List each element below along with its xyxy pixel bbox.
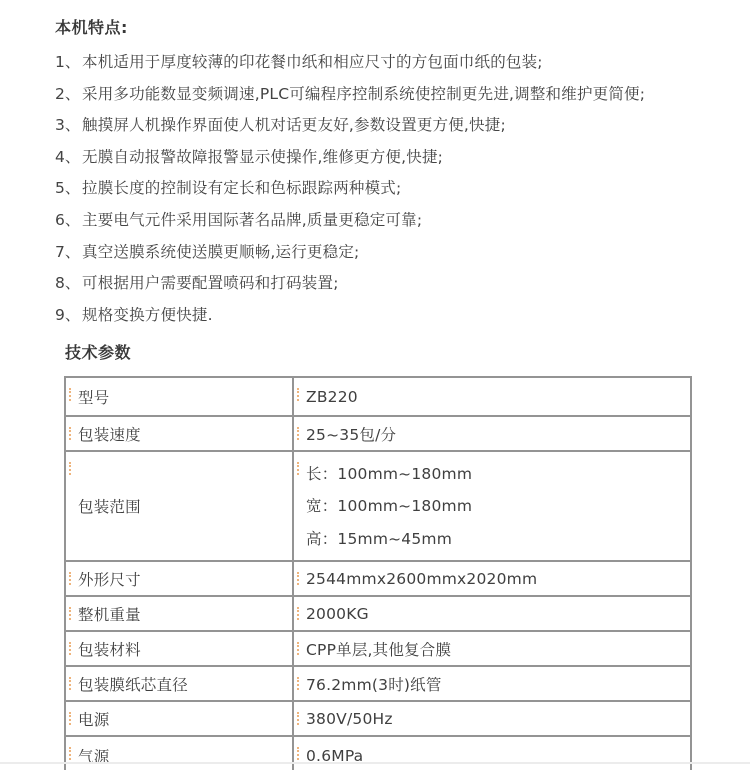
- feature-text: 触摸屏人机操作界面使人机对话更友好,参数设置更方便,快捷;: [82, 110, 736, 142]
- feature-number: 6、: [55, 205, 82, 237]
- range-line-width: 宽：100mm~180mm: [306, 490, 684, 523]
- specs-title: 技术参数: [65, 340, 750, 363]
- feature-text: 无膜自动报警故障报警显示使操作,维修更方便,快捷;: [82, 142, 736, 174]
- feature-item-5: 5、 拉膜长度的控制设有定长和色标跟踪两种模式;: [55, 173, 736, 205]
- row-value: 76.2mm(3时)纸管: [293, 666, 691, 701]
- feature-text: 规格变换方便快捷.: [82, 300, 736, 332]
- feature-number: 8、: [55, 268, 82, 300]
- feature-text: 主要电气元件采用国际著名品牌,质量更稳定可靠;: [82, 205, 736, 237]
- table-row-air: 气源 0.6MPa: [65, 736, 691, 770]
- specs-section: 技术参数 型号 ZB220 包装速度 25~35包/分 包装范围 长：100mm…: [0, 340, 750, 770]
- feature-item-4: 4、 无膜自动报警故障报警显示使操作,维修更方便,快捷;: [55, 142, 736, 174]
- range-line-length: 长：100mm~180mm: [306, 458, 684, 491]
- features-title: 本机特点:: [55, 15, 736, 38]
- table-row-speed: 包装速度 25~35包/分: [65, 416, 691, 451]
- feature-number: 5、: [55, 173, 82, 205]
- row-value: 2544mmx2600mmx2020mm: [293, 561, 691, 596]
- feature-number: 1、: [55, 47, 82, 79]
- row-label: 包装速度: [65, 416, 293, 451]
- row-label: 包装膜纸芯直径: [65, 666, 293, 701]
- feature-item-2: 2、 采用多功能数显变频调速,PLC可编程序控制系统使控制更先进,调整和维护更简…: [55, 79, 736, 111]
- row-value: ZB220: [293, 377, 691, 416]
- feature-text: 采用多功能数显变频调速,PLC可编程序控制系统使控制更先进,调整和维护更简便;: [82, 79, 736, 111]
- row-value: 380V/50Hz: [293, 701, 691, 736]
- row-label: 电源: [65, 701, 293, 736]
- feature-text: 真空送膜系统使送膜更顺畅,运行更稳定;: [82, 237, 736, 269]
- feature-item-6: 6、 主要电气元件采用国际著名品牌,质量更稳定可靠;: [55, 205, 736, 237]
- feature-number: 7、: [55, 237, 82, 269]
- feature-text: 拉膜长度的控制设有定长和色标跟踪两种模式;: [82, 173, 736, 205]
- feature-text: 可根据用户需要配置喷码和打码装置;: [82, 268, 736, 300]
- table-row-power: 电源 380V/50Hz: [65, 701, 691, 736]
- table-row-weight: 整机重量 2000KG: [65, 596, 691, 631]
- specs-table: 型号 ZB220 包装速度 25~35包/分 包装范围 长：100mm~180m…: [64, 376, 692, 770]
- feature-item-8: 8、 可根据用户需要配置喷码和打码装置;: [55, 268, 736, 300]
- table-row-dimensions: 外形尺寸 2544mmx2600mmx2020mm: [65, 561, 691, 596]
- row-label: 气源: [65, 736, 293, 770]
- feature-number: 2、: [55, 79, 82, 111]
- row-label: 型号: [65, 377, 293, 416]
- row-label: 外形尺寸: [65, 561, 293, 596]
- range-line-height: 高：15mm~45mm: [306, 523, 684, 556]
- table-row-core-diameter: 包装膜纸芯直径 76.2mm(3时)纸管: [65, 666, 691, 701]
- row-value: CPP单层,其他复合膜: [293, 631, 691, 666]
- row-value: 25~35包/分: [293, 416, 691, 451]
- feature-number: 3、: [55, 110, 82, 142]
- feature-item-3: 3、 触摸屏人机操作界面使人机对话更友好,参数设置更方便,快捷;: [55, 110, 736, 142]
- table-row-material: 包装材料 CPP单层,其他复合膜: [65, 631, 691, 666]
- feature-item-9: 9、 规格变换方便快捷.: [55, 300, 736, 332]
- row-value: 2000KG: [293, 596, 691, 631]
- row-label: 包装材料: [65, 631, 293, 666]
- row-value: 长：100mm~180mm 宽：100mm~180mm 高：15mm~45mm: [293, 451, 691, 561]
- feature-text: 本机适用于厚度较薄的印花餐巾纸和相应尺寸的方包面巾纸的包装;: [82, 47, 736, 79]
- table-row-model: 型号 ZB220: [65, 377, 691, 416]
- row-label: 包装范围: [65, 451, 293, 561]
- feature-number: 4、: [55, 142, 82, 174]
- table-row-packing-range: 包装范围 长：100mm~180mm 宽：100mm~180mm 高：15mm~…: [65, 451, 691, 561]
- feature-number: 9、: [55, 300, 82, 332]
- row-value: 0.6MPa: [293, 736, 691, 770]
- feature-item-7: 7、 真空送膜系统使送膜更顺畅,运行更稳定;: [55, 237, 736, 269]
- bottom-divider: [0, 762, 750, 764]
- row-label: 整机重量: [65, 596, 293, 631]
- features-section: 本机特点: 1、 本机适用于厚度较薄的印花餐巾纸和相应尺寸的方包面巾纸的包装; …: [0, 0, 750, 331]
- feature-item-1: 1、 本机适用于厚度较薄的印花餐巾纸和相应尺寸的方包面巾纸的包装;: [55, 47, 736, 79]
